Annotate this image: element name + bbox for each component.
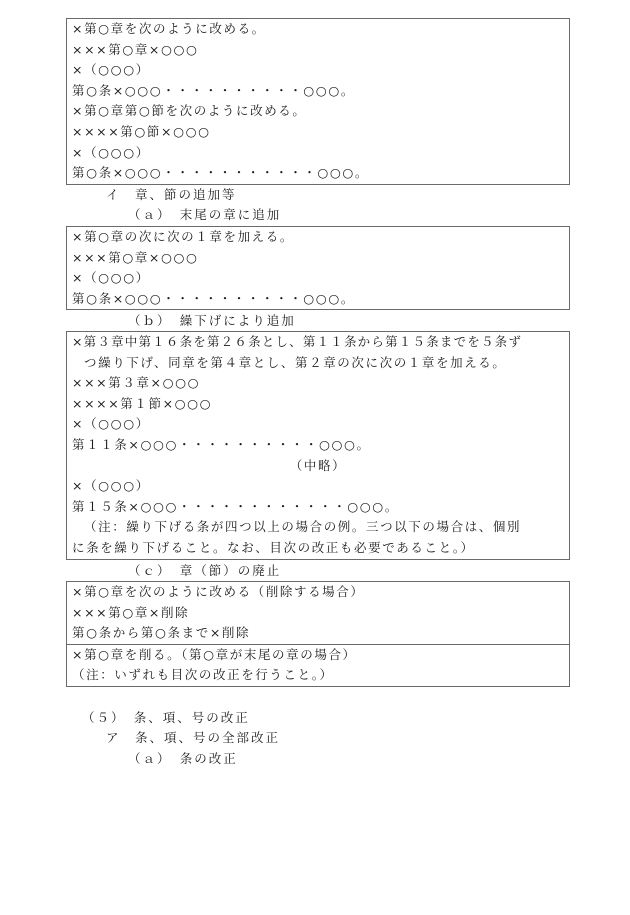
box-line: ×（○○○）	[67, 268, 569, 289]
box-line: 第○条×○○○・・・・・・・・・・・○○○。	[67, 163, 569, 184]
box-note-line: （注：いずれも目次の改正を行うこと。）	[67, 665, 569, 686]
box-note-line: に条を繰り下げること。なお、目次の改正も必要であること。）	[67, 538, 569, 559]
box-line: 第１１条×○○○・・・・・・・・・・○○○。	[67, 435, 569, 456]
box-line: 第○条から第○条まで×削除	[67, 623, 569, 644]
box-line: ×××第○章×削除	[67, 603, 569, 624]
example-box-append-chapter: ×第○章の次に次の１章を加える。 ×××第○章×○○○ ×（○○○） 第○条×○…	[66, 226, 570, 310]
box-note-line: （注：繰り下げる条が四つ以上の場合の例。三つ以下の場合は、個別	[67, 517, 569, 538]
heading-a-katakana: ア 条、項、号の全部改正	[106, 728, 280, 749]
box-line: ×第○章を次のように改める（削除する場合）	[67, 582, 569, 603]
box-line: ×（○○○）	[67, 60, 569, 81]
box-line: ×（○○○）	[67, 414, 569, 435]
box-content-part2: ×第○章を削る。（第○章が末尾の章の場合） （注：いずれも目次の改正を行うこと。…	[67, 644, 569, 686]
box-line: ×××第○章×○○○	[67, 40, 569, 61]
box-line: つ繰り下げ、同章を第４章とし、第２章の次に次の１章を加える。	[67, 353, 569, 374]
example-box-delete-chapter: ×第○章を次のように改める（削除する場合） ×××第○章×削除 第○条から第○条…	[66, 581, 570, 687]
box-line-omission: （中略）	[67, 456, 569, 477]
box-line: ×第○章第○節を次のように改める。	[67, 101, 569, 122]
heading-5: （５） 条、項、号の改正	[82, 708, 250, 729]
example-box-chapter-replace: ×第○章を次のように改める。 ×××第○章×○○○ ×（○○○） 第○条×○○○…	[66, 18, 570, 185]
box-content: ×第３章中第１６条を第２６条とし、第１１条から第１５条までを５条ず つ繰り下げ、…	[67, 332, 569, 559]
box-line: ××××第○節×○○○	[67, 122, 569, 143]
box-line: 第○条×○○○・・・・・・・・・・○○○。	[67, 81, 569, 102]
box-content-part1: ×第○章を次のように改める（削除する場合） ×××第○章×削除 第○条から第○条…	[67, 582, 569, 644]
box-line: ×（○○○）	[67, 476, 569, 497]
box-line: ×××第３章×○○○	[67, 373, 569, 394]
box-line: ×第３章中第１６条を第２６条とし、第１１条から第１５条までを５条ず	[67, 332, 569, 353]
box-line: ×第○章を削る。（第○章が末尾の章の場合）	[67, 645, 569, 666]
heading-c: （ｃ） 章（節）の廃止	[128, 561, 281, 582]
box-content: ×第○章の次に次の１章を加える。 ×××第○章×○○○ ×（○○○） 第○条×○…	[67, 227, 569, 309]
heading-a: （ａ） 末尾の章に追加	[128, 205, 281, 226]
example-box-shift-add-chapter: ×第３章中第１６条を第２６条とし、第１１条から第１５条までを５条ず つ繰り下げ、…	[66, 331, 570, 560]
document-page: ×第○章を次のように改める。 ×××第○章×○○○ ×（○○○） 第○条×○○○…	[0, 0, 630, 915]
box-content: ×第○章を次のように改める。 ×××第○章×○○○ ×（○○○） 第○条×○○○…	[67, 19, 569, 184]
box-line: ×××第○章×○○○	[67, 248, 569, 269]
heading-b: （ｂ） 繰下げにより追加	[128, 311, 296, 332]
box-line: 第○条×○○○・・・・・・・・・・○○○。	[67, 289, 569, 310]
heading-i: イ 章、節の追加等	[106, 185, 237, 206]
heading-a-sub: （ａ） 条の改正	[128, 749, 238, 770]
box-line: ××××第１節×○○○	[67, 394, 569, 415]
box-line: ×第○章を次のように改める。	[67, 19, 569, 40]
box-line: ×第○章の次に次の１章を加える。	[67, 227, 569, 248]
box-line: 第１５条×○○○・・・・・・・・・・・・○○○。	[67, 497, 569, 518]
box-line: ×（○○○）	[67, 143, 569, 164]
